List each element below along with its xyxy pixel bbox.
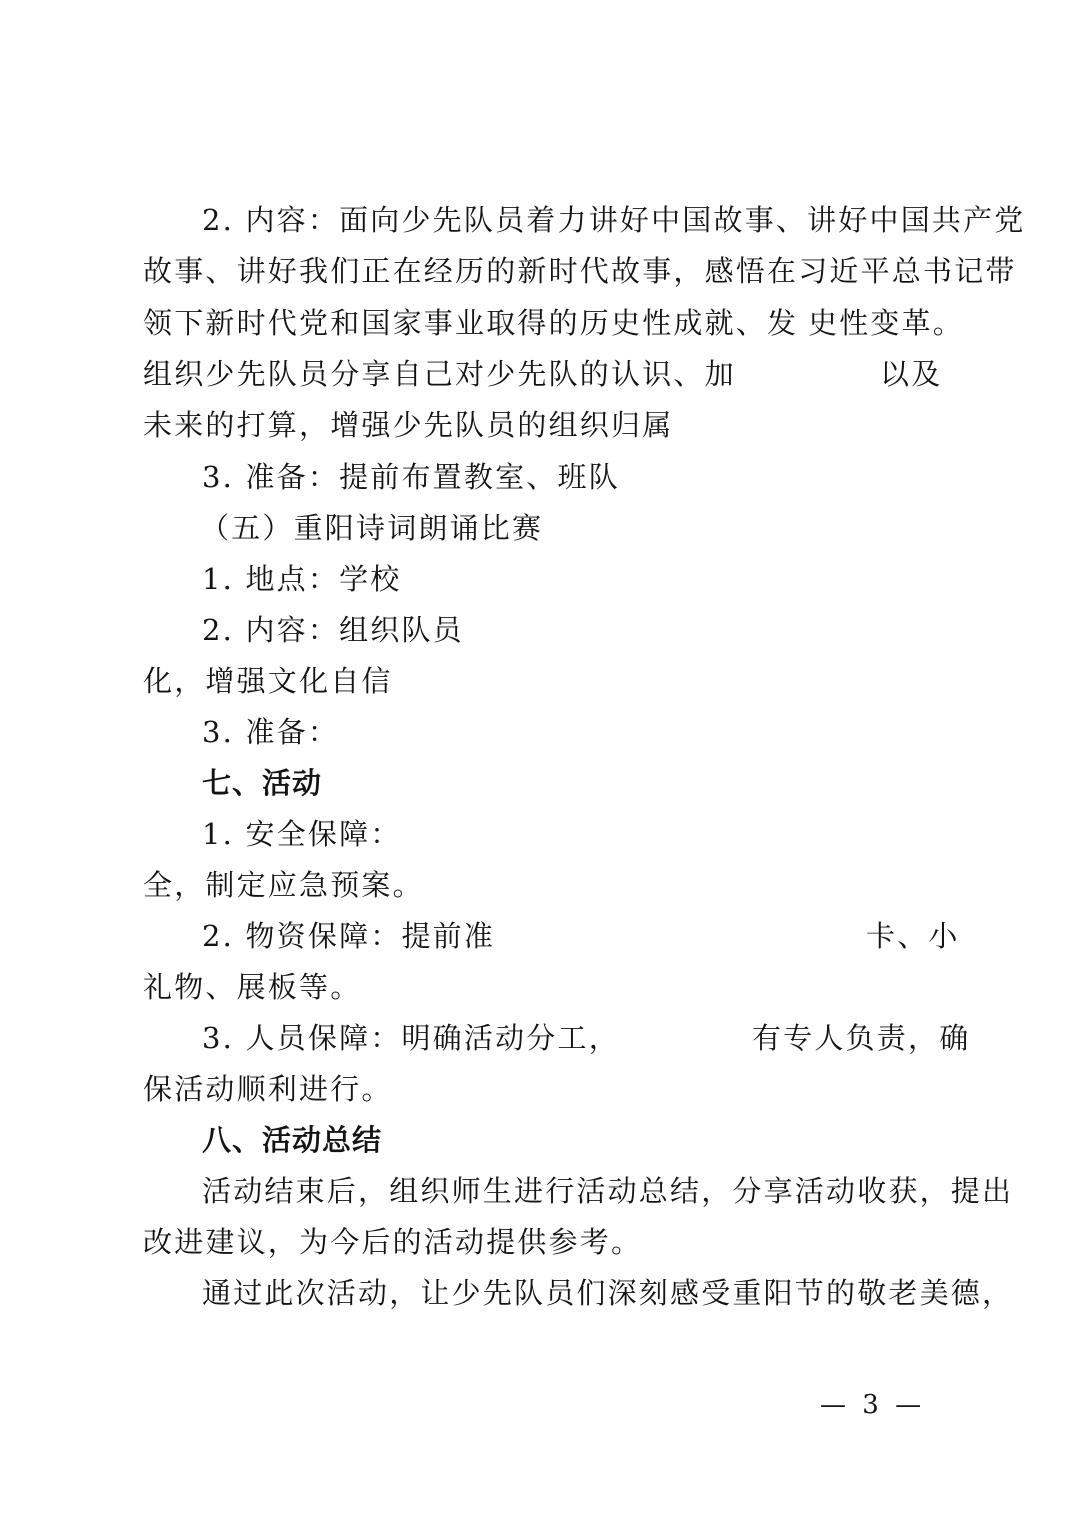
text-fragment: 以及: [880, 349, 942, 399]
text-fragment: 通过此次活动，让少先队员们深刻感受重阳节的敬老美德，: [202, 1268, 1013, 1318]
text-fragment: 故事、讲好我们正在经历的新时代故事，感悟在习近平总书记带: [143, 246, 1017, 296]
paragraph-line: 3. 准备：提前布置教室、班队: [0, 452, 1080, 502]
paragraph-line: 1. 安全保障：: [0, 809, 1080, 859]
text-fragment: 3. 准备：: [202, 707, 339, 757]
paragraph-line: 1. 地点：学校: [0, 554, 1080, 604]
section-heading: 八、活动总结: [0, 1115, 1080, 1165]
paragraph-line: 组织少先队员分享自己对少先队的认识、加 以及: [0, 349, 1080, 399]
text-fragment: 3. 准备：提前布置教室、班队: [202, 452, 620, 502]
text-fragment: 化，增强文化自信: [143, 656, 393, 706]
text-fragment: 保活动顺利进行。: [143, 1064, 393, 1114]
text-fragment: 3. 人员保障：明确活动分工，: [202, 1013, 620, 1063]
paragraph-line: 2. 内容：面向少先队员着力讲好中国故事、讲好中国共产党: [0, 195, 1080, 245]
paragraph-line: 通过此次活动，让少先队员们深刻感受重阳节的敬老美德，: [0, 1268, 1080, 1318]
text-fragment: 1. 地点：学校: [202, 554, 402, 604]
paragraph-line: 全，制定应急预案。: [0, 860, 1080, 910]
text-fragment: 2. 内容：面向少先队员着力讲好中国故事、讲好中国共产党: [202, 195, 1026, 245]
text-fragment: 2. 内容：组织队员: [202, 605, 464, 655]
text-fragment: 全，制定应急预案。: [143, 860, 424, 910]
paragraph-line: 未来的打算，增强少先队员的组织归属: [0, 400, 1080, 450]
paragraph-line: 保活动顺利进行。: [0, 1064, 1080, 1114]
paragraph-line: 改进建议，为今后的活动提供参考。: [0, 1217, 1080, 1267]
paragraph-line: 礼物、展板等。: [0, 962, 1080, 1012]
text-fragment: （五）重阳诗词朗诵比赛: [200, 503, 543, 553]
text-fragment: 礼物、展板等。: [143, 962, 361, 1012]
paragraph-line: 活动结束后，组织师生进行活动总结，分享活动收获，提出: [0, 1166, 1080, 1216]
paragraph-line: 3. 准备：: [0, 707, 1080, 757]
text-fragment: 改进建议，为今后的活动提供参考。: [143, 1217, 642, 1267]
paragraph-line: 3. 人员保障：明确活动分工， 有专人负责，确: [0, 1013, 1080, 1063]
document-page: 2. 内容：面向少先队员着力讲好中国故事、讲好中国共产党 故事、讲好我们正在经历…: [0, 0, 1080, 1527]
paragraph-line: 故事、讲好我们正在经历的新时代故事，感悟在习近平总书记带: [0, 246, 1080, 296]
text-fragment: 卡、小: [866, 911, 960, 961]
text-fragment: 领下新时代党和国家事业取得的历史性成就、发: [143, 298, 798, 348]
text-fragment: 1. 安全保障：: [202, 809, 402, 859]
paragraph-line: 化，增强文化自信: [0, 656, 1080, 706]
text-fragment: 活动结束后，组织师生进行活动总结，分享活动收获，提出: [202, 1166, 1013, 1216]
page-number: — 3 —: [820, 1390, 925, 1420]
text-fragment: 组织少先队员分享自己对少先队的认识、加: [143, 349, 736, 399]
section-heading: （五）重阳诗词朗诵比赛: [0, 503, 1080, 553]
paragraph-line: 领下新时代党和国家事业取得的历史性成就、发 史性变革。: [0, 298, 1080, 348]
text-fragment: 七、活动: [202, 758, 322, 808]
paragraph-line: 2. 物资保障：提前准 卡、小: [0, 911, 1080, 961]
text-fragment: 史性变革。: [808, 298, 964, 348]
text-fragment: 八、活动总结: [202, 1115, 382, 1165]
text-fragment: 有专人负责，确: [752, 1013, 970, 1063]
paragraph-line: 2. 内容：组织队员: [0, 605, 1080, 655]
text-fragment: 未来的打算，增强少先队员的组织归属: [143, 400, 673, 450]
section-heading: 七、活动: [0, 758, 1080, 808]
text-fragment: 2. 物资保障：提前准: [202, 911, 495, 961]
